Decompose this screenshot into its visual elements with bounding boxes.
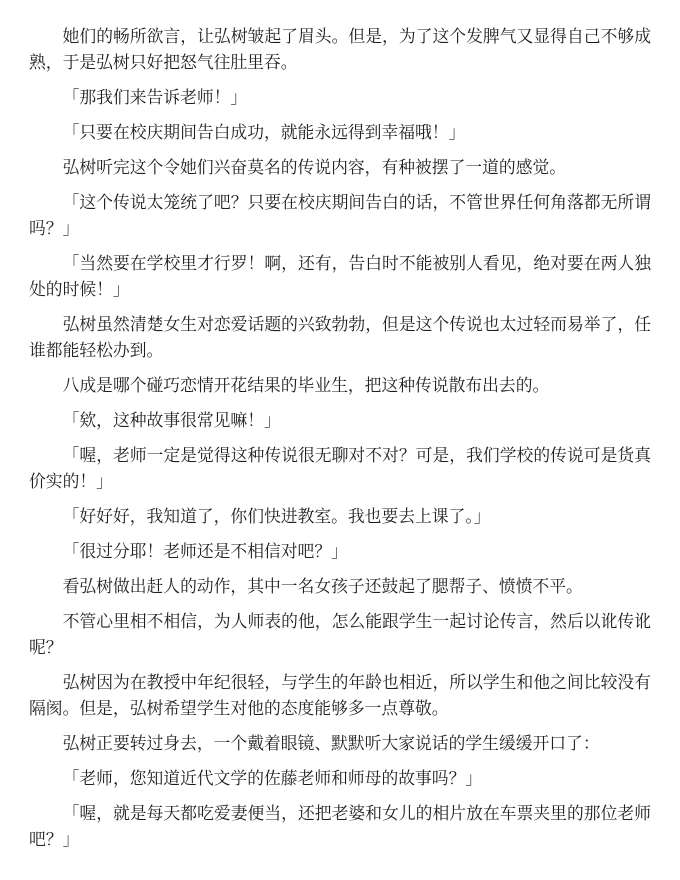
- paragraph: 弘树因为在教授中年纪很轻，与学生的年龄也相近，所以学生和他之间比较没有隔阂。但是…: [29, 670, 651, 722]
- paragraph-dialogue: 「欸，这种故事很常见嘛！」: [29, 408, 651, 434]
- paragraph-dialogue: 「这个传说太笼统了吧？只要在校庆期间告白的话，不管世界任何角落都无所谓吗？」: [29, 190, 651, 242]
- paragraph-dialogue: 「那我们来告诉老师！」: [29, 85, 651, 111]
- paragraph-dialogue: 「好好好，我知道了，你们快进教室。我也要去上课了。」: [29, 504, 651, 530]
- paragraph-dialogue: 「喔，就是每天都吃爱妻便当，还把老婆和女儿的相片放在车票夹里的那位老师吧？」: [29, 801, 651, 853]
- paragraph: 弘树听完这个令她们兴奋莫名的传说内容，有种被摆了一道的感觉。: [29, 155, 651, 181]
- paragraph-dialogue: 「很过分耶！老师还是不相信对吧？」: [29, 539, 651, 565]
- paragraph: 弘树正要转过身去，一个戴着眼镜、默默听大家说话的学生缓缓开口了：: [29, 731, 651, 757]
- paragraph-dialogue: 「老师，您知道近代文学的佐藤老师和师母的故事吗？」: [29, 766, 651, 792]
- paragraph-dialogue: 「当然要在学校里才行罗！啊，还有，告白时不能被别人看见，绝对要在两人独处的时候！…: [29, 251, 651, 303]
- paragraph: 弘树虽然清楚女生对恋爱话题的兴致勃勃，但是这个传说也太过轻而易举了，任谁都能轻松…: [29, 312, 651, 364]
- paragraph: 八成是哪个碰巧恋情开花结果的毕业生，把这种传说散布出去的。: [29, 373, 651, 399]
- paragraph-dialogue: 「喔，老师一定是觉得这种传说很无聊对不对？可是，我们学校的传说可是货真价实的！」: [29, 443, 651, 495]
- paragraph-dialogue: 「只要在校庆期间告白成功，就能永远得到幸福哦！」: [29, 120, 651, 146]
- document-page: 她们的畅所欲言，让弘树皱起了眉头。但是，为了这个发脾气又显得自己不够成熟，于是弘…: [0, 0, 680, 880]
- paragraph: 她们的畅所欲言，让弘树皱起了眉头。但是，为了这个发脾气又显得自己不够成熟，于是弘…: [29, 24, 651, 76]
- paragraph: 不管心里相不相信，为人师表的他，怎么能跟学生一起讨论传言，然后以讹传讹呢？: [29, 609, 651, 661]
- paragraph: 看弘树做出赶人的动作，其中一名女孩子还鼓起了腮帮子、愤愤不平。: [29, 574, 651, 600]
